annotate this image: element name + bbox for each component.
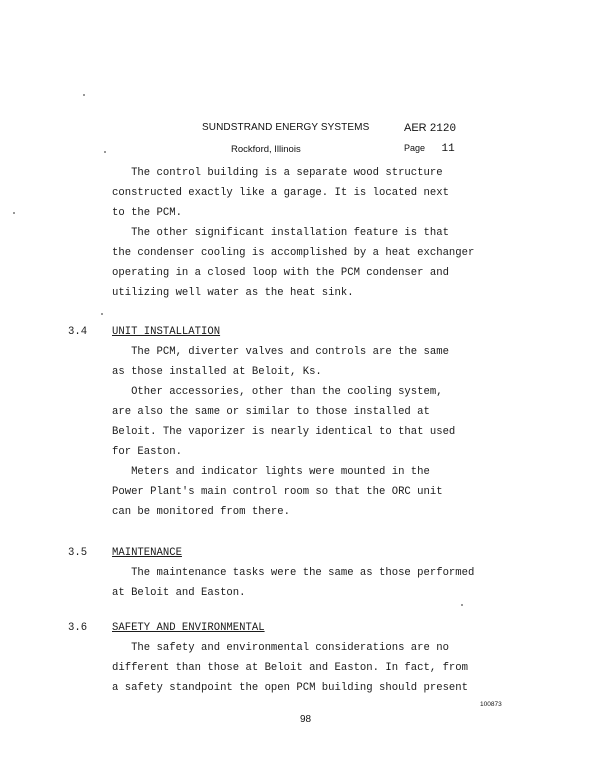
- scan-speck: [83, 94, 85, 96]
- section-title: MAINTENANCE: [112, 547, 182, 559]
- scan-speck: [101, 313, 103, 315]
- section-number: 3.5: [68, 547, 87, 559]
- scan-speck: [13, 212, 15, 214]
- section-title: UNIT INSTALLATION: [112, 326, 220, 338]
- text-line: Meters and indicator lights were mounted…: [112, 466, 430, 478]
- text-line: can be monitored from there.: [112, 506, 290, 518]
- text-line: Power Plant's main control room so that …: [112, 486, 443, 498]
- text-line: The PCM, diverter valves and controls ar…: [112, 346, 449, 358]
- section-title: SAFETY AND ENVIRONMENTAL: [112, 622, 265, 634]
- text-line: Beloit. The vaporizer is nearly identica…: [112, 426, 455, 438]
- text-line: operating in a closed loop with the PCM …: [112, 267, 449, 279]
- document-id: 100873: [480, 701, 502, 708]
- page-label: Page: [404, 143, 425, 153]
- text-line: as those installed at Beloit, Ks.: [112, 366, 322, 378]
- text-line: The other significant installation featu…: [112, 227, 449, 239]
- document-number: 2120: [430, 123, 456, 135]
- text-line: Other accessories, other than the coolin…: [112, 386, 443, 398]
- footer-page-number: 98: [300, 714, 311, 725]
- document-label: AER: [404, 122, 427, 134]
- page-number: 11: [442, 143, 455, 155]
- text-line: constructed exactly like a garage. It is…: [112, 187, 449, 199]
- text-line: at Beloit and Easton.: [112, 587, 246, 599]
- text-line: The safety and environmental considerati…: [112, 642, 449, 654]
- document-reference: AER 2120: [404, 122, 456, 135]
- section-number: 3.4: [68, 326, 87, 338]
- text-line: a safety standpoint the open PCM buildin…: [112, 682, 468, 694]
- text-line: the condenser cooling is accomplished by…: [112, 247, 474, 259]
- section-number: 3.6: [68, 622, 87, 634]
- company-location: Rockford, Illinois: [231, 144, 301, 155]
- scan-speck: [104, 151, 106, 153]
- text-line: different than those at Beloit and Easto…: [112, 662, 468, 674]
- page-reference: Page 11: [404, 143, 455, 155]
- company-name: SUNDSTRAND ENERGY SYSTEMS: [202, 122, 369, 133]
- text-line: for Easton.: [112, 446, 182, 458]
- text-line: utilizing well water as the heat sink.: [112, 287, 354, 299]
- text-line: are also the same or similar to those in…: [112, 406, 430, 418]
- text-line: The maintenance tasks were the same as t…: [112, 567, 474, 579]
- scan-speck: [461, 604, 463, 606]
- text-line: to the PCM.: [112, 207, 182, 219]
- text-line: The control building is a separate wood …: [112, 167, 443, 179]
